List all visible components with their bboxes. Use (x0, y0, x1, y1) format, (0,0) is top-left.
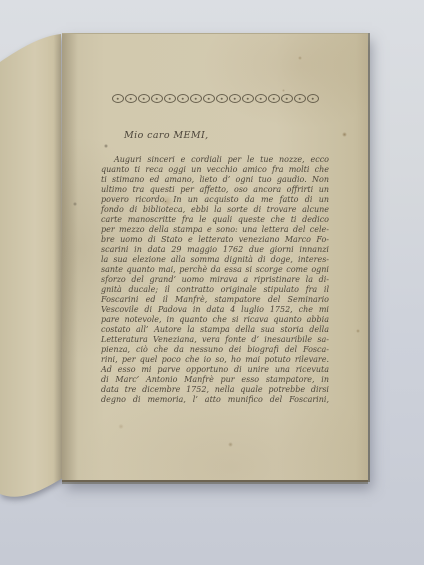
body-line: gnità ducale; il contratto originale sti… (101, 285, 329, 295)
body-line: pienza, ciò che da nessuno dei biografi … (101, 345, 329, 355)
foxing-spot (342, 132, 347, 137)
body-line: la sua elezione alla somma dignità di do… (101, 255, 329, 265)
ornament-icon (294, 94, 306, 103)
body-line: carte manoscritte fra le quali queste ch… (101, 215, 329, 225)
ornament-icon (229, 94, 241, 103)
foxing-spot (282, 89, 285, 92)
body-line: ultimo tra questi per affetto, oso ancor… (101, 185, 329, 195)
body-line: Auguri sinceri e cordiali per le tue noz… (101, 155, 329, 165)
body-line: Foscarini ed il Manfrè, stampatore del S… (101, 295, 329, 305)
ornament-icon (151, 94, 163, 103)
body-line: data tre dicembre 1752, nella quale potr… (101, 385, 329, 395)
ornament-icon (177, 94, 189, 103)
body-line: pare notevole, in quanto che si ricava q… (101, 315, 329, 325)
body-line: Ad esso mi parve opportuno di unire una … (101, 365, 329, 375)
body-line: ti stimano ed amano, lieto d’ ogni tuo g… (101, 175, 329, 185)
body-line: degno di memoria, l’ atto munifico del F… (101, 395, 329, 405)
body-line: bre uomo di Stato e letterato veneziano … (101, 235, 329, 245)
ornament-icon (268, 94, 280, 103)
body-line: sforzo del grand’ uomo mirava a ripristi… (101, 275, 329, 285)
body-line: sante quanto mai, perchè da essa si scor… (101, 265, 329, 275)
body-text: Auguri sinceri e cordiali per le tue noz… (101, 155, 329, 405)
body-line: povero ricordo. In un acquisto da me fat… (101, 195, 329, 205)
body-line: quanto ti reca oggi un vecchio amico fra… (101, 165, 329, 175)
book-page: Mio caro MEMI, Auguri sinceri e cordiali… (62, 33, 368, 482)
ornament-icon (138, 94, 150, 103)
ornament-icon (125, 94, 137, 103)
body-line: per mezzo della stampa e sono: una lette… (101, 225, 329, 235)
salutation: Mio caro MEMI, (124, 130, 209, 141)
body-line: Vescovile di Padova in data 4 luglio 175… (101, 305, 329, 315)
body-line: costato all’ Autore la stampa della sua … (101, 325, 329, 335)
ornament-icon (203, 94, 215, 103)
foxing-spot (356, 329, 360, 333)
ornament-icon (307, 94, 319, 103)
left-page-shape (0, 34, 63, 497)
ornament-icon (190, 94, 202, 103)
ornament-icon (112, 94, 124, 103)
ornament-icon (216, 94, 228, 103)
body-line: fondo di biblioteca, ebbi la sorte di tr… (101, 205, 329, 215)
ornament-icon (164, 94, 176, 103)
ornament-icon (242, 94, 254, 103)
ornament-row (62, 94, 368, 103)
body-line: rini, per quel poco che io so, ho mai po… (101, 355, 329, 365)
body-line: Letteratura Veneziana, vera fonte d’ ine… (101, 335, 329, 345)
foxing-spot (104, 144, 108, 148)
photo-scene: Mio caro MEMI, Auguri sinceri e cordiali… (0, 0, 424, 565)
ornament-icon (255, 94, 267, 103)
foxing-spot (118, 424, 124, 429)
body-line: di Marc’ Antonio Manfrè pur esso stampat… (101, 375, 329, 385)
ornament-icon (281, 94, 293, 103)
body-line: scarini in data 29 maggio 1762 due giorn… (101, 245, 329, 255)
foxing-spot (228, 442, 233, 447)
foxing-spot (298, 56, 302, 60)
